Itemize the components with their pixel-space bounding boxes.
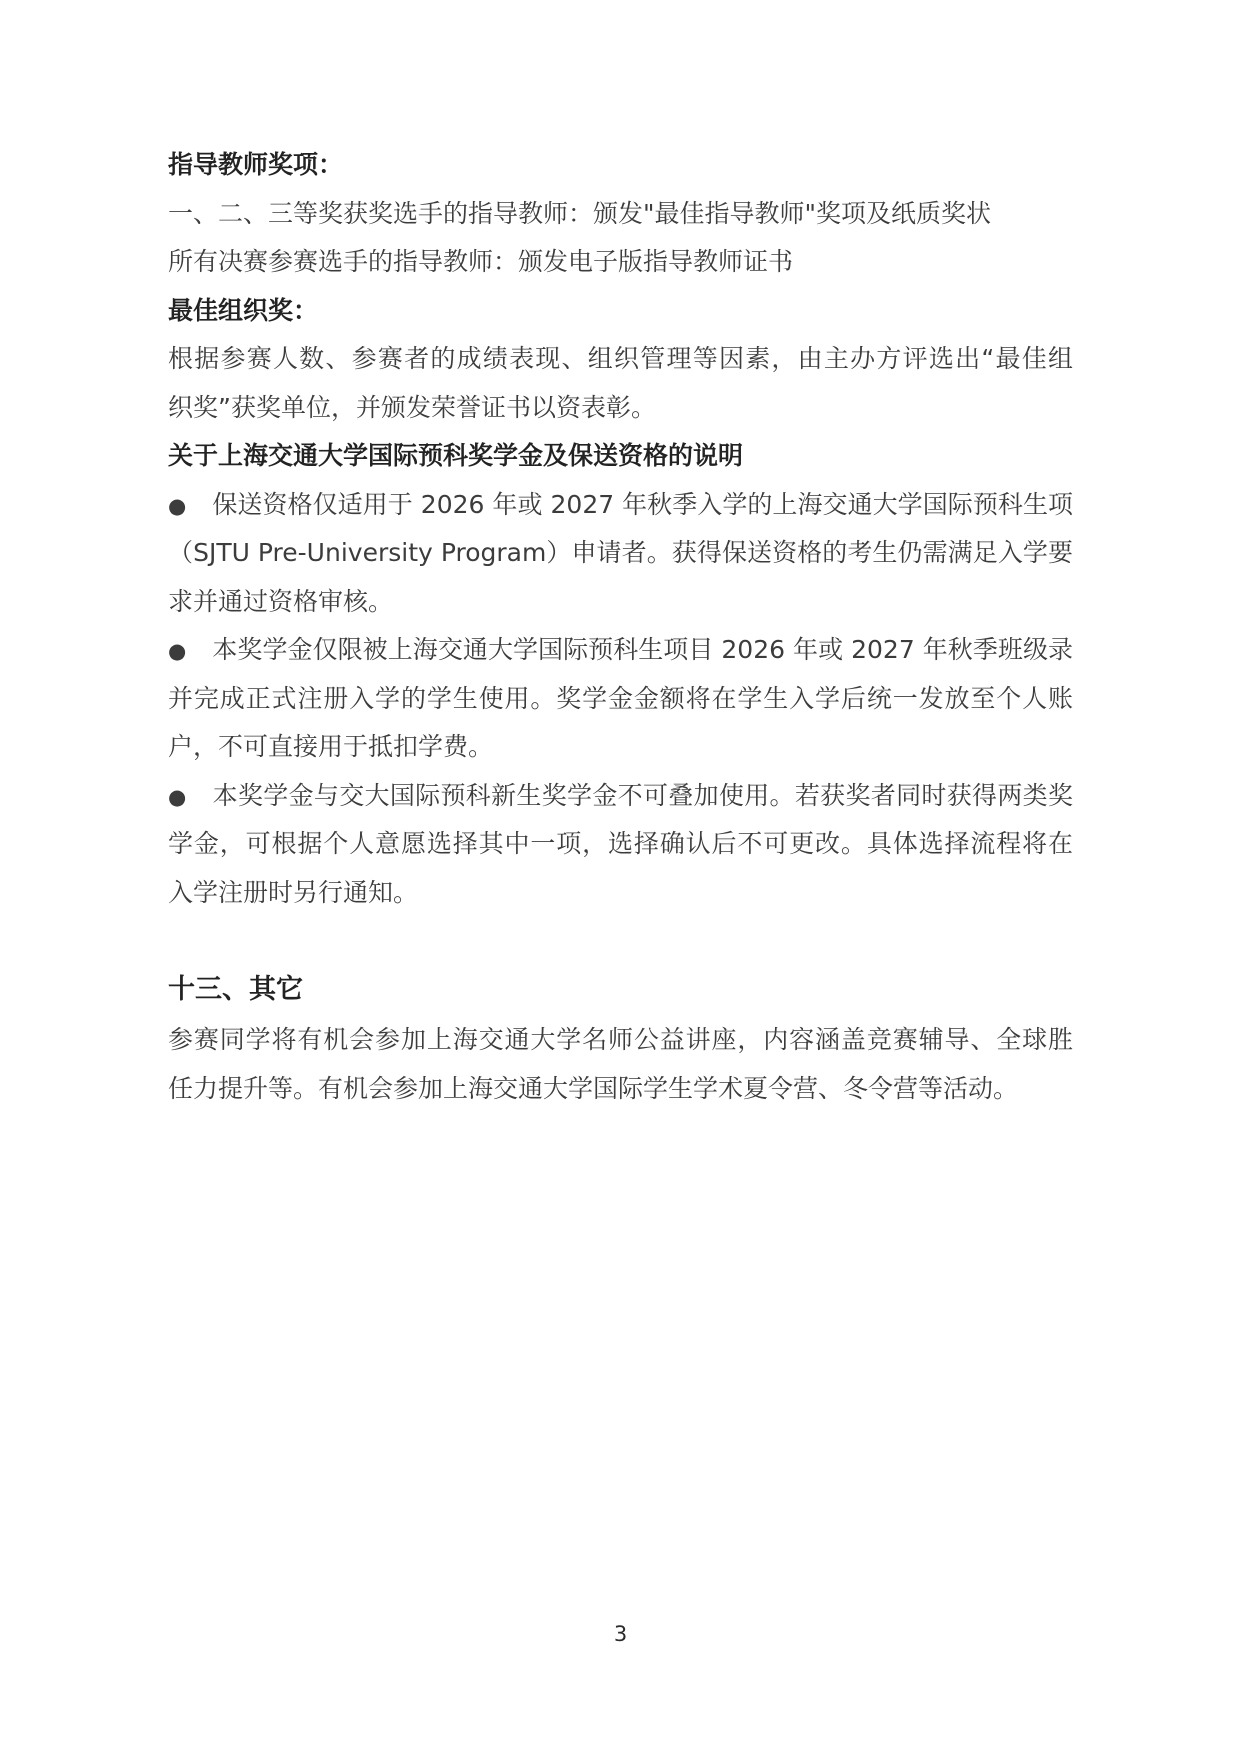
bullet-icon: ●: [168, 482, 186, 530]
bullet-item-scholarship-usage-1: ●本奖学金仅限被上海交通大学国际预科生项目 2026 年或 2027 年秋季班级…: [168, 626, 1073, 675]
text-line-scholarship-usage-2: 并完成正式注册入学的学生使用。奖学金金额将在学生入学后统一发放至个人账: [168, 675, 1073, 724]
text-line-no-stacking-3: 入学注册时另行通知。: [168, 869, 1073, 918]
document-content: 指导教师奖项： 一、二、三等奖获奖选手的指导教师：颁发"最佳指导教师"奖项及纸质…: [168, 141, 1073, 1113]
bullet-text: 本奖学金与交大国际预科新生奖学金不可叠加使用。若获奖者同时获得两类奖: [212, 781, 1073, 810]
text-line-no-stacking-2: 学金，可根据个人意愿选择其中一项，选择确认后不可更改。具体选择流程将在: [168, 820, 1073, 869]
section-gap: [168, 917, 1073, 964]
bullet-item-admission-eligibility-1: ●保送资格仅适用于 2026 年或 2027 年秋季入学的上海交通大学国际预科生…: [168, 481, 1073, 530]
bullet-item-no-stacking-1: ●本奖学金与交大国际预科新生奖学金不可叠加使用。若获奖者同时获得两类奖: [168, 772, 1073, 821]
text-line-organization-award-2: 织奖”获奖单位，并颁发荣誉证书以资表彰。: [168, 384, 1073, 433]
page-number: 3: [0, 1622, 1241, 1646]
text-line-instructor-certificate: 所有决赛参赛选手的指导教师：颁发电子版指导教师证书: [168, 238, 1073, 287]
heading-instructor-awards: 指导教师奖项：: [168, 141, 1073, 190]
text-line-others-1: 参赛同学将有机会参加上海交通大学名师公益讲座，内容涵盖竞赛辅导、全球胜: [168, 1016, 1073, 1065]
text-line-organization-award-1: 根据参赛人数、参赛者的成绩表现、组织管理等因素，由主办方评选出“最佳组: [168, 335, 1073, 384]
bullet-text: 本奖学金仅限被上海交通大学国际预科生项目 2026 年或 2027 年秋季班级录…: [168, 635, 1073, 675]
text-line-instructor-award-detail: 一、二、三等奖获奖选手的指导教师：颁发"最佳指导教师"奖项及纸质奖状: [168, 190, 1073, 239]
text-line-scholarship-usage-3: 户，不可直接用于抵扣学费。: [168, 723, 1073, 772]
heading-best-organization-award: 最佳组织奖：: [168, 287, 1073, 336]
heading-scholarship-notes: 关于上海交通大学国际预科奖学金及保送资格的说明: [168, 432, 1073, 481]
heading-section-13-others: 十三、其它: [168, 964, 1073, 1016]
document-page: 指导教师奖项： 一、二、三等奖获奖选手的指导教师：颁发"最佳指导教师"奖项及纸质…: [0, 0, 1241, 1755]
text-line-admission-eligibility-2: （SJTU Pre-University Program）申请者。获得保送资格的…: [168, 529, 1073, 578]
text-line-others-2: 任力提升等。有机会参加上海交通大学国际学生学术夏令营、冬令营等活动。: [168, 1065, 1073, 1114]
text-line-admission-eligibility-3: 求并通过资格审核。: [168, 578, 1073, 627]
bullet-text: 保送资格仅适用于 2026 年或 2027 年秋季入学的上海交通大学国际预科生项…: [168, 490, 1073, 530]
bullet-icon: ●: [168, 773, 186, 821]
bullet-icon: ●: [168, 627, 186, 675]
